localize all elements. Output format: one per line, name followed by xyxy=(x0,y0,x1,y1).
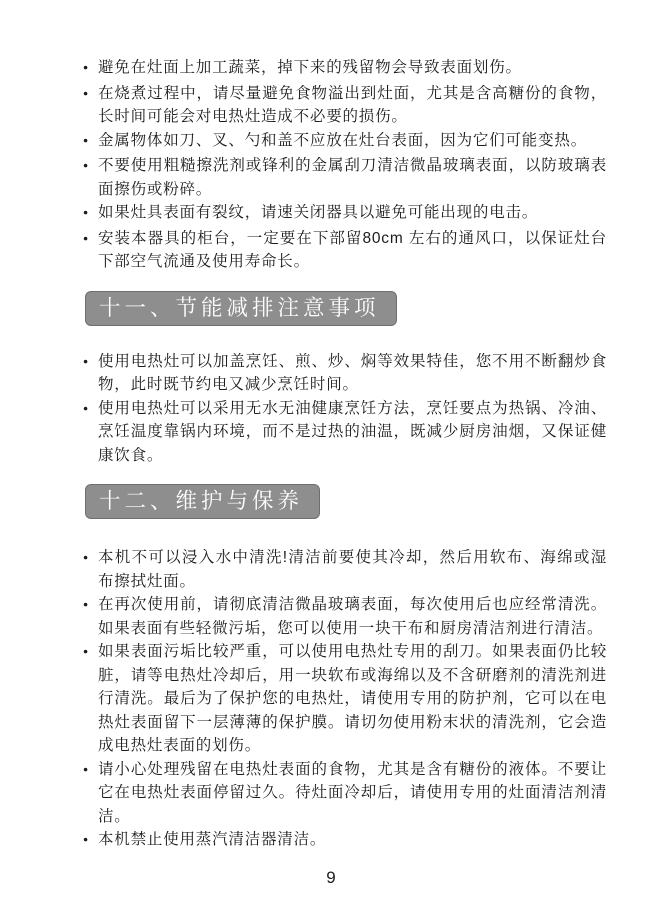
bullet-icon xyxy=(83,397,98,423)
intro-bullet-list: 避免在灶面上加工蔬菜，掉下来的残留物会导致表面划伤。 在烧煮过程中，请尽量避免食… xyxy=(83,56,607,274)
bullet-text: 不要使用粗糙擦洗剂或锋利的金属刮刀清洁微晶玻璃表面，以防玻璃表面擦伤或粉碎。 xyxy=(98,154,607,201)
list-item: 金属物体如刀、叉、勺和盖不应放在灶台表面，因为它们可能变热。 xyxy=(83,129,607,155)
bullet-text: 本机禁止使用蒸汽清洁器清洁。 xyxy=(98,828,607,852)
section-11-title-banner: 十一、节能减排注意事项 xyxy=(85,291,397,326)
bullet-text: 如果表面污垢比较严重，可以使用电热灶专用的刮刀。如果表面仍比较脏，请等电热灶冷却… xyxy=(98,640,607,758)
list-item: 使用电热灶可以加盖烹饪、煎、炒、焖等效果特佳，您不用不断翻炒食物，此时既节约电又… xyxy=(83,350,607,397)
list-item: 不要使用粗糙擦洗剂或锋利的金属刮刀清洁微晶玻璃表面，以防玻璃表面擦伤或粉碎。 xyxy=(83,154,607,201)
list-item: 在再次使用前，请彻底清洁微晶玻璃表面，每次使用后也应经常清洗。如果表面有些轻微污… xyxy=(83,593,607,640)
bullet-text: 请小心处理残留在电热灶表面的食物，尤其是含有糖份的液体。不要让它在电热灶表面停留… xyxy=(98,758,607,829)
bullet-icon xyxy=(83,350,98,376)
bullet-icon xyxy=(83,758,98,784)
bullet-icon xyxy=(83,201,98,227)
bullet-icon xyxy=(83,154,98,180)
list-item: 本机不可以浸入水中清洗!清洁前要使其冷却，然后用软布、海绵或湿布擦拭灶面。 xyxy=(83,546,607,593)
list-item: 使用电热灶可以采用无水无油健康烹饪方法，烹饪要点为热锅、冷油、烹饪温度靠锅内环境… xyxy=(83,397,607,468)
bullet-icon xyxy=(83,227,98,253)
list-item: 如果表面污垢比较严重，可以使用电热灶专用的刮刀。如果表面仍比较脏，请等电热灶冷却… xyxy=(83,640,607,758)
list-item: 如果灶具表面有裂纹，请速关闭器具以避免可能出现的电击。 xyxy=(83,201,607,227)
bullet-text: 使用电热灶可以采用无水无油健康烹饪方法，烹饪要点为热锅、冷油、烹饪温度靠锅内环境… xyxy=(98,397,607,468)
list-item: 本机禁止使用蒸汽清洁器清洁。 xyxy=(83,828,607,854)
bullet-icon xyxy=(83,56,98,82)
bullet-text: 避免在灶面上加工蔬菜，掉下来的残留物会导致表面划伤。 xyxy=(98,56,607,80)
list-item: 安装本器具的柜台，一定要在下部留80cm 左右的通风口，以保证灶台下部空气流通及… xyxy=(83,227,607,274)
list-item: 避免在灶面上加工蔬菜，掉下来的残留物会导致表面划伤。 xyxy=(83,56,607,82)
bullet-icon xyxy=(83,828,98,854)
section-11-heading-row: 十一、节能减排注意事项 xyxy=(83,291,607,326)
bullet-icon xyxy=(83,129,98,155)
bullet-icon xyxy=(83,640,98,666)
section-11-bullet-list: 使用电热灶可以加盖烹饪、煎、炒、焖等效果特佳，您不用不断翻炒食物，此时既节约电又… xyxy=(83,350,607,468)
bullet-text: 在再次使用前，请彻底清洁微晶玻璃表面，每次使用后也应经常清洗。如果表面有些轻微污… xyxy=(98,593,607,640)
bullet-text: 安装本器具的柜台，一定要在下部留80cm 左右的通风口，以保证灶台下部空气流通及… xyxy=(98,227,607,274)
section-12-title-banner: 十二、维护与保养 xyxy=(85,484,320,519)
page-number: 9 xyxy=(0,868,662,888)
bullet-text: 金属物体如刀、叉、勺和盖不应放在灶台表面，因为它们可能变热。 xyxy=(98,129,607,153)
list-item: 请小心处理残留在电热灶表面的食物，尤其是含有糖份的液体。不要让它在电热灶表面停留… xyxy=(83,758,607,829)
bullet-text: 如果灶具表面有裂纹，请速关闭器具以避免可能出现的电击。 xyxy=(98,201,607,225)
section-12-heading-row: 十二、维护与保养 xyxy=(83,484,607,519)
bullet-text: 在烧煮过程中，请尽量避免食物溢出到灶面，尤其是含高糖份的食物，长时间可能会对电热… xyxy=(98,82,607,129)
section-12-bullet-list: 本机不可以浸入水中清洗!清洁前要使其冷却，然后用软布、海绵或湿布擦拭灶面。 在再… xyxy=(83,546,607,854)
bullet-text: 使用电热灶可以加盖烹饪、煎、炒、焖等效果特佳，您不用不断翻炒食物，此时既节约电又… xyxy=(98,350,607,397)
bullet-icon xyxy=(83,546,98,572)
bullet-icon xyxy=(83,593,98,619)
bullet-text: 本机不可以浸入水中清洗!清洁前要使其冷却，然后用软布、海绵或湿布擦拭灶面。 xyxy=(98,546,607,593)
manual-page: 避免在灶面上加工蔬菜，掉下来的残留物会导致表面划伤。 在烧煮过程中，请尽量避免食… xyxy=(0,0,662,910)
bullet-icon xyxy=(83,82,98,108)
list-item: 在烧煮过程中，请尽量避免食物溢出到灶面，尤其是含高糖份的食物，长时间可能会对电热… xyxy=(83,82,607,129)
